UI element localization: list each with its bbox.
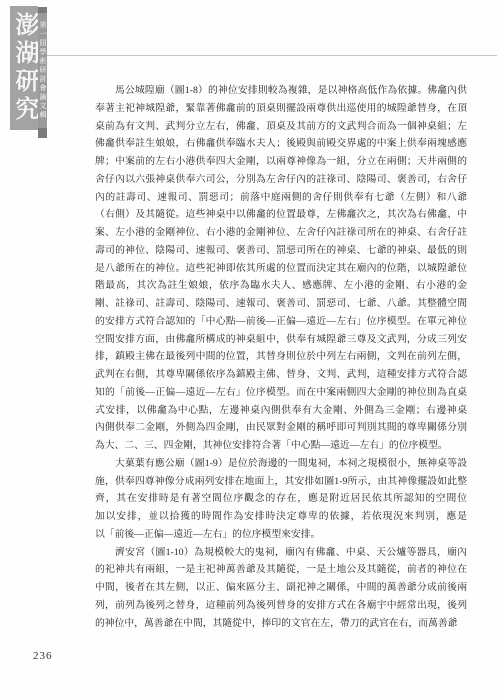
text-line: 齊，其在安排時是有著空間位序觀念的存在，應是附近居民依其所認知的空間位: [95, 490, 467, 508]
text-line: 舍仔內以六張神桌供奉六司公，分別為左舍仔內的註祿司、陰陽司、褒善司，右舍仔: [95, 171, 467, 189]
text-line: 排，鎮殿主佛在最後列中間的位置，其替身則位於中列左右兩側，文判在前列左側，: [95, 348, 467, 366]
text-line: 是八爺所在的神位。這些祀神即依其所處的位置而決定其在廟內的位階，以城隍爺位: [95, 260, 467, 278]
text-line: 以「前後—正偏—遠近—左右」的位序模型來安排。: [95, 526, 467, 544]
text-line: 牌；中案前的左右小港供奉四大金剛，以兩尊神像為一組，分立在兩側；天井兩側的: [95, 153, 467, 171]
text-line: 馬公城隍廟（圖1-8）的神位安排則較為複雜，是以神格高低作為依據。佛龕內供: [95, 82, 467, 100]
page-number: 236: [33, 650, 53, 662]
header-rule: [47, 55, 497, 56]
text-line: 的神位中，萬善爺在中間，其隨從中，捧印的文官在左，帶刀的武官在右，而萬善爺: [95, 615, 467, 633]
text-line: 大菓葉有應公廟（圖1-9）是位於海邊的一間鬼祠，本祠之規模很小，無神桌等設: [95, 455, 467, 473]
series-subtitle-strip: 第一屆學術研討會論文輯: [38, 7, 47, 138]
text-line: 為大、二、三、四金剛，其神位安排符合著「中心點—遠近—左右」的位序模型。: [95, 437, 467, 455]
document-page: 澎湖研究 第一屆學術研討會論文輯 馬公城隍廟（圖1-8）的神位安排則較為複雜，是…: [0, 0, 500, 700]
text-line: 式安排，以佛龕為中心點，左邊神桌內側供奉有大金剛、外側為三金剛；右邊神桌: [95, 402, 467, 420]
text-line: 奉著主祀神城隍爺，緊靠著佛龕前的頂桌則擺設兩尊供出巡使用的城隍爺替身，在頂: [95, 100, 467, 118]
series-subtitle: 第一屆學術研討會論文輯: [38, 13, 47, 128]
series-title: 澎湖研究: [10, 12, 38, 124]
text-line: 列，前列為後列之替身，這種前列為後列替身的安排方式在各廟宇中經常出現，後列: [95, 597, 467, 615]
text-line: （右側）及其隨從。這些神桌中以佛龕的位置最尊，左佛龕次之，其次為右佛龕、中: [95, 206, 467, 224]
text-line: 案、左小港的金剛神位、右小港的金剛神位、左舍仔內註祿司所在的神桌、右舍仔註: [95, 224, 467, 242]
strip-cap-bottom: [38, 128, 47, 138]
text-line: 武判在右側，其尊卑關係依序為鎮殿主佛、替身、文判、武判，這種安排方式符合認: [95, 366, 467, 384]
text-line: 的安排方式符合認知的「中心點—前後—正偏—遠近—左右」位序模型。在單元神位: [95, 313, 467, 331]
text-line: 施，供奉四尊神像分成兩列安排在地面上，其安排如圖1-9所示，由其神像擺設如此整: [95, 473, 467, 491]
text-line: 加以安排，並以拾獲的時間作為安排時決定尊卑的依據，若依現況來判別，應是: [95, 508, 467, 526]
body-text: 馬公城隍廟（圖1-8）的神位安排則較為複雜，是以神格高低作為依據。佛龕內供奉著主…: [95, 82, 467, 632]
text-line: 剛、註祿司、註壽司、陰陽司、速報司、褒善司、罰惡司、七爺、八爺。其整體空間: [95, 295, 467, 313]
text-line: 壽司的神位、陰陽司、速報司、褒善司、罰惡司所在的神桌、七爺的神桌、最低的則: [95, 242, 467, 260]
text-line: 知的「前後—正偏—遠近—左右」位序模型。而在中案兩側四大金剛的神位則為直桌: [95, 384, 467, 402]
text-line: 內側供奉二金剛，外側為四金剛，由民眾對金剛的稱呼即可判別其間的尊卑關係分別: [95, 419, 467, 437]
text-line: 桌前為有文判、武判分立左右，佛龕、頂桌及其前方的文武判合而為一個神桌組；左: [95, 118, 467, 136]
text-line: 內的註壽司、速報司、罰惡司；前落中庭兩側的舍仔則供奉有七爺（左側）和八爺: [95, 189, 467, 207]
text-line: 的祀神共有兩組，一是主祀神萬善爺及其隨從，一是土地公及其隨從，前者的神位在: [95, 561, 467, 579]
text-line: 佛龕供奉註生娘娘，右佛龕供奉臨水夫人；後殿與前殿交界處的中案上供奉兩塊感應: [95, 135, 467, 153]
series-banner: 澎湖研究: [10, 6, 38, 130]
text-line: 濟安宮（圖1-10）為規模較大的鬼祠，廟內有佛龕、中桌、天公爐等器具，廟內: [95, 544, 467, 562]
text-line: 階最高，其次為註生娘娘，依序為臨水夫人、感應牌、左小港的金剛、右小港的金: [95, 277, 467, 295]
text-line: 中間，後者在其左側，以正、偏來區分主、副祀神之關係，中間的萬善爺分成前後兩: [95, 579, 467, 597]
text-line: 空間安排方面，由佛龕所構成的神桌組中，供奉有城隍爺三尊及文武判，分成三列安: [95, 331, 467, 349]
